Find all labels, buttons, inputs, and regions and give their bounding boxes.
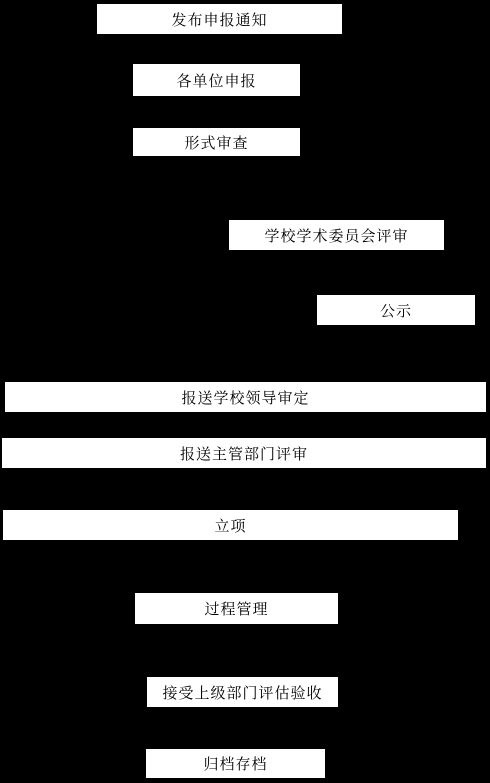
application-approval-flowchart: 发布申报通知 各单位申报 形式审查 学校学术委员会评审 公示 报送学校领导审定 … [0,0,490,783]
flow-step-academic-committee-review: 学校学术委员会评审 [229,220,444,250]
flow-step-archive: 归档存档 [146,749,325,778]
flow-step-public-announcement: 公示 [317,295,475,325]
flow-step-process-management: 过程管理 [135,593,338,624]
flow-step-formal-review: 形式审查 [133,128,300,156]
flow-step-publish-application-notice: 发布申报通知 [97,4,342,34]
flow-step-superior-evaluation-acceptance: 接受上级部门评估验收 [147,677,338,707]
flow-step-submit-authority-review: 报送主管部门评审 [2,438,486,468]
flow-step-submit-school-leaders-approval: 报送学校领导审定 [5,382,486,412]
flow-step-project-approval: 立项 [3,510,458,540]
flow-step-unit-application: 各单位申报 [133,64,300,96]
